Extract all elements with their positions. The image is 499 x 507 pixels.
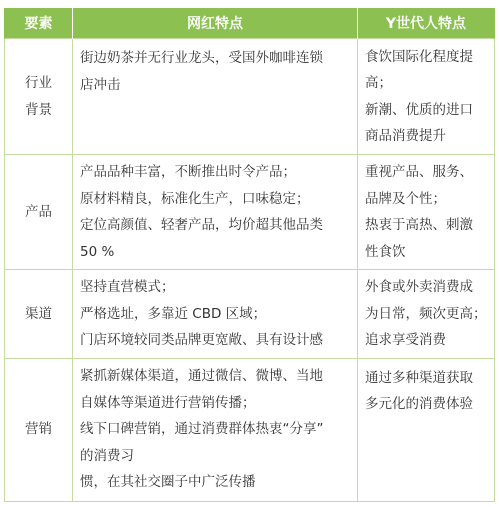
ygen-cell: 重视产品、服务、 品牌及个性； 热衷于高热、刺激 性食饮 (358, 155, 495, 270)
cell-line: 惯，在其社交圈子中广泛传播 (80, 469, 350, 496)
cell-line: 街边奶茶并无行业龙头，受国外咖啡连锁 (80, 45, 350, 72)
header-ygen: Y世代人特点 (358, 8, 495, 39)
cell-line: 热衷于高热、刺激 (365, 212, 487, 239)
cell-line: 重视产品、服务、 (365, 159, 487, 186)
cell-line: 自媒体等渠道进行营销传播； (80, 390, 350, 417)
element-cell: 产品 (5, 155, 73, 270)
cell-line: 为日常，频次更高； (365, 301, 487, 328)
header-element: 要素 (5, 8, 73, 39)
wanghong-cell: 坚持直营模式； 严格选址，多靠近 CBD 区域； 门店环境较同类品牌更宽敞、具有… (73, 270, 358, 359)
cell-line: 背景 (9, 97, 68, 124)
cell-line: 坚持直营模式； (80, 274, 350, 301)
cell-line: 性食饮 (365, 239, 487, 266)
cell-line: 定位高颜值、轻奢产品，均价超其他品类 (80, 212, 350, 239)
wanghong-cell: 街边奶茶并无行业龙头，受国外咖啡连锁 店冲击 (73, 39, 358, 155)
cell-line: 营销 (9, 416, 68, 443)
ygen-cell: 食饮国际化程度提 高； 新潮、优质的进口 商品消费提升 (358, 39, 495, 155)
cell-line: 通过多种渠道获取 (365, 365, 487, 392)
cell-line: 产品品种丰富，不断推出时令产品； (80, 159, 350, 186)
element-cell: 行业 背景 (5, 39, 73, 155)
table-row-product: 产品 产品品种丰富，不断推出时令产品； 原材料精良，标准化生产，口味稳定； 定位… (5, 155, 495, 270)
table-row-marketing: 营销 紧抓新媒体渠道，通过微信、微博、当地 自媒体等渠道进行营销传播； 线下口碑… (5, 358, 495, 501)
table-row-industry: 行业 背景 街边奶茶并无行业龙头，受国外咖啡连锁 店冲击 食饮国际化程度提 高；… (5, 39, 495, 155)
wanghong-cell: 产品品种丰富，不断推出时令产品； 原材料精良，标准化生产，口味稳定； 定位高颜值… (73, 155, 358, 270)
cell-line: 行业 (9, 70, 68, 97)
cell-line: 品牌及个性； (365, 186, 487, 213)
comparison-table: 要素 网红特点 Y世代人特点 行业 背景 街边奶茶并无行业龙头，受国外咖啡连锁 … (4, 8, 495, 502)
element-cell: 营销 (5, 358, 73, 501)
ygen-cell: 外食或外卖消费成 为日常，频次更高； 追求享受消费 (358, 270, 495, 359)
cell-line: 商品消费提升 (365, 123, 487, 150)
cell-line: 的消费习 (80, 443, 350, 470)
cell-line: 线下口碑营销，通过消费群体热衷“分享” (80, 416, 350, 443)
wanghong-cell: 紧抓新媒体渠道，通过微信、微博、当地 自媒体等渠道进行营销传播； 线下口碑营销，… (73, 358, 358, 501)
cell-line: 50 % (80, 239, 350, 266)
cell-line: 高； (365, 70, 487, 97)
cell-line: 新潮、优质的进口 (365, 97, 487, 124)
element-cell: 渠道 (5, 270, 73, 359)
cell-line: 产品 (9, 199, 68, 226)
cell-line: 原材料精良，标准化生产，口味稳定； (80, 186, 350, 213)
cell-line: 严格选址，多靠近 CBD 区域； (80, 301, 350, 328)
ygen-cell: 通过多种渠道获取 多元化的消费体验 (358, 358, 495, 501)
header-row: 要素 网红特点 Y世代人特点 (5, 8, 495, 39)
cell-line: 多元化的消费体验 (365, 391, 487, 418)
cell-line: 紧抓新媒体渠道，通过微信、微博、当地 (80, 363, 350, 390)
table-row-channel: 渠道 坚持直营模式； 严格选址，多靠近 CBD 区域； 门店环境较同类品牌更宽敞… (5, 270, 495, 359)
cell-line: 店冲击 (80, 72, 350, 99)
header-wanghong: 网红特点 (73, 8, 358, 39)
cell-line: 食饮国际化程度提 (365, 44, 487, 71)
cell-line: 追求享受消费 (365, 327, 487, 354)
cell-line: 渠道 (9, 301, 68, 328)
cell-line: 门店环境较同类品牌更宽敞、具有设计感 (80, 327, 350, 354)
cell-line: 外食或外卖消费成 (365, 274, 487, 301)
